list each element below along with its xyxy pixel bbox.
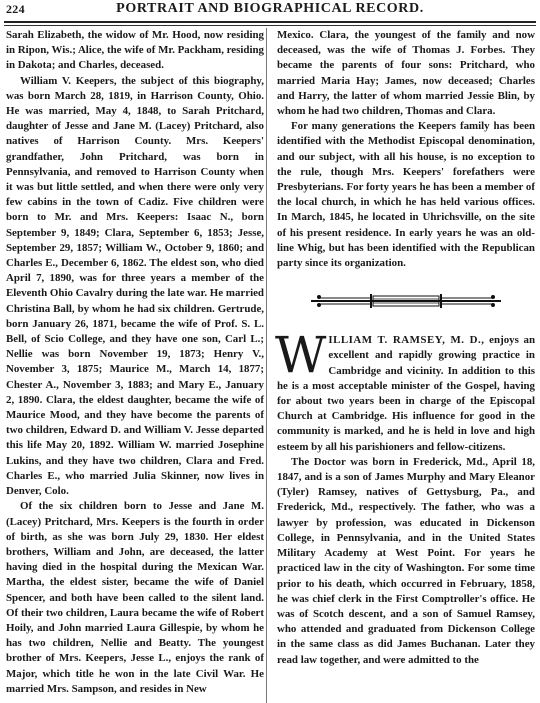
subject-name: ILLIAM T. RAMSEY, M. D.,: [328, 334, 484, 346]
paragraph: Of the six children born to Jesse and Ja…: [6, 499, 264, 697]
decorative-rule-icon: [311, 293, 501, 309]
paragraph: WILLIAM T. RAMSEY, M. D., enjoys an exce…: [277, 333, 535, 455]
paragraph: Mexico. Clara, the youngest of the famil…: [277, 28, 535, 119]
paragraph: For many generations the Keepers family …: [277, 119, 535, 271]
paragraph: Sarah Elizabeth, the widow of Mr. Hood, …: [6, 28, 264, 74]
right-column: Mexico. Clara, the youngest of the famil…: [277, 28, 535, 668]
column-divider: [266, 28, 267, 703]
paragraph: The Doctor was born in Frederick, Md., A…: [277, 455, 535, 668]
paragraph: William V. Keepers, the subject of this …: [6, 74, 264, 500]
drop-cap: W: [275, 335, 326, 375]
page-header: 224 PORTRAIT AND BIOGRAPHICAL RECORD.: [0, 0, 540, 20]
left-column: Sarah Elizabeth, the widow of Mr. Hood, …: [6, 28, 264, 697]
header-rule-thin: [4, 25, 536, 26]
ramsey-biography-intro: WILLIAM T. RAMSEY, M. D., enjoys an exce…: [277, 333, 535, 455]
header-rule-thick: [4, 21, 536, 23]
running-title: PORTRAIT AND BIOGRAPHICAL RECORD.: [0, 1, 540, 17]
